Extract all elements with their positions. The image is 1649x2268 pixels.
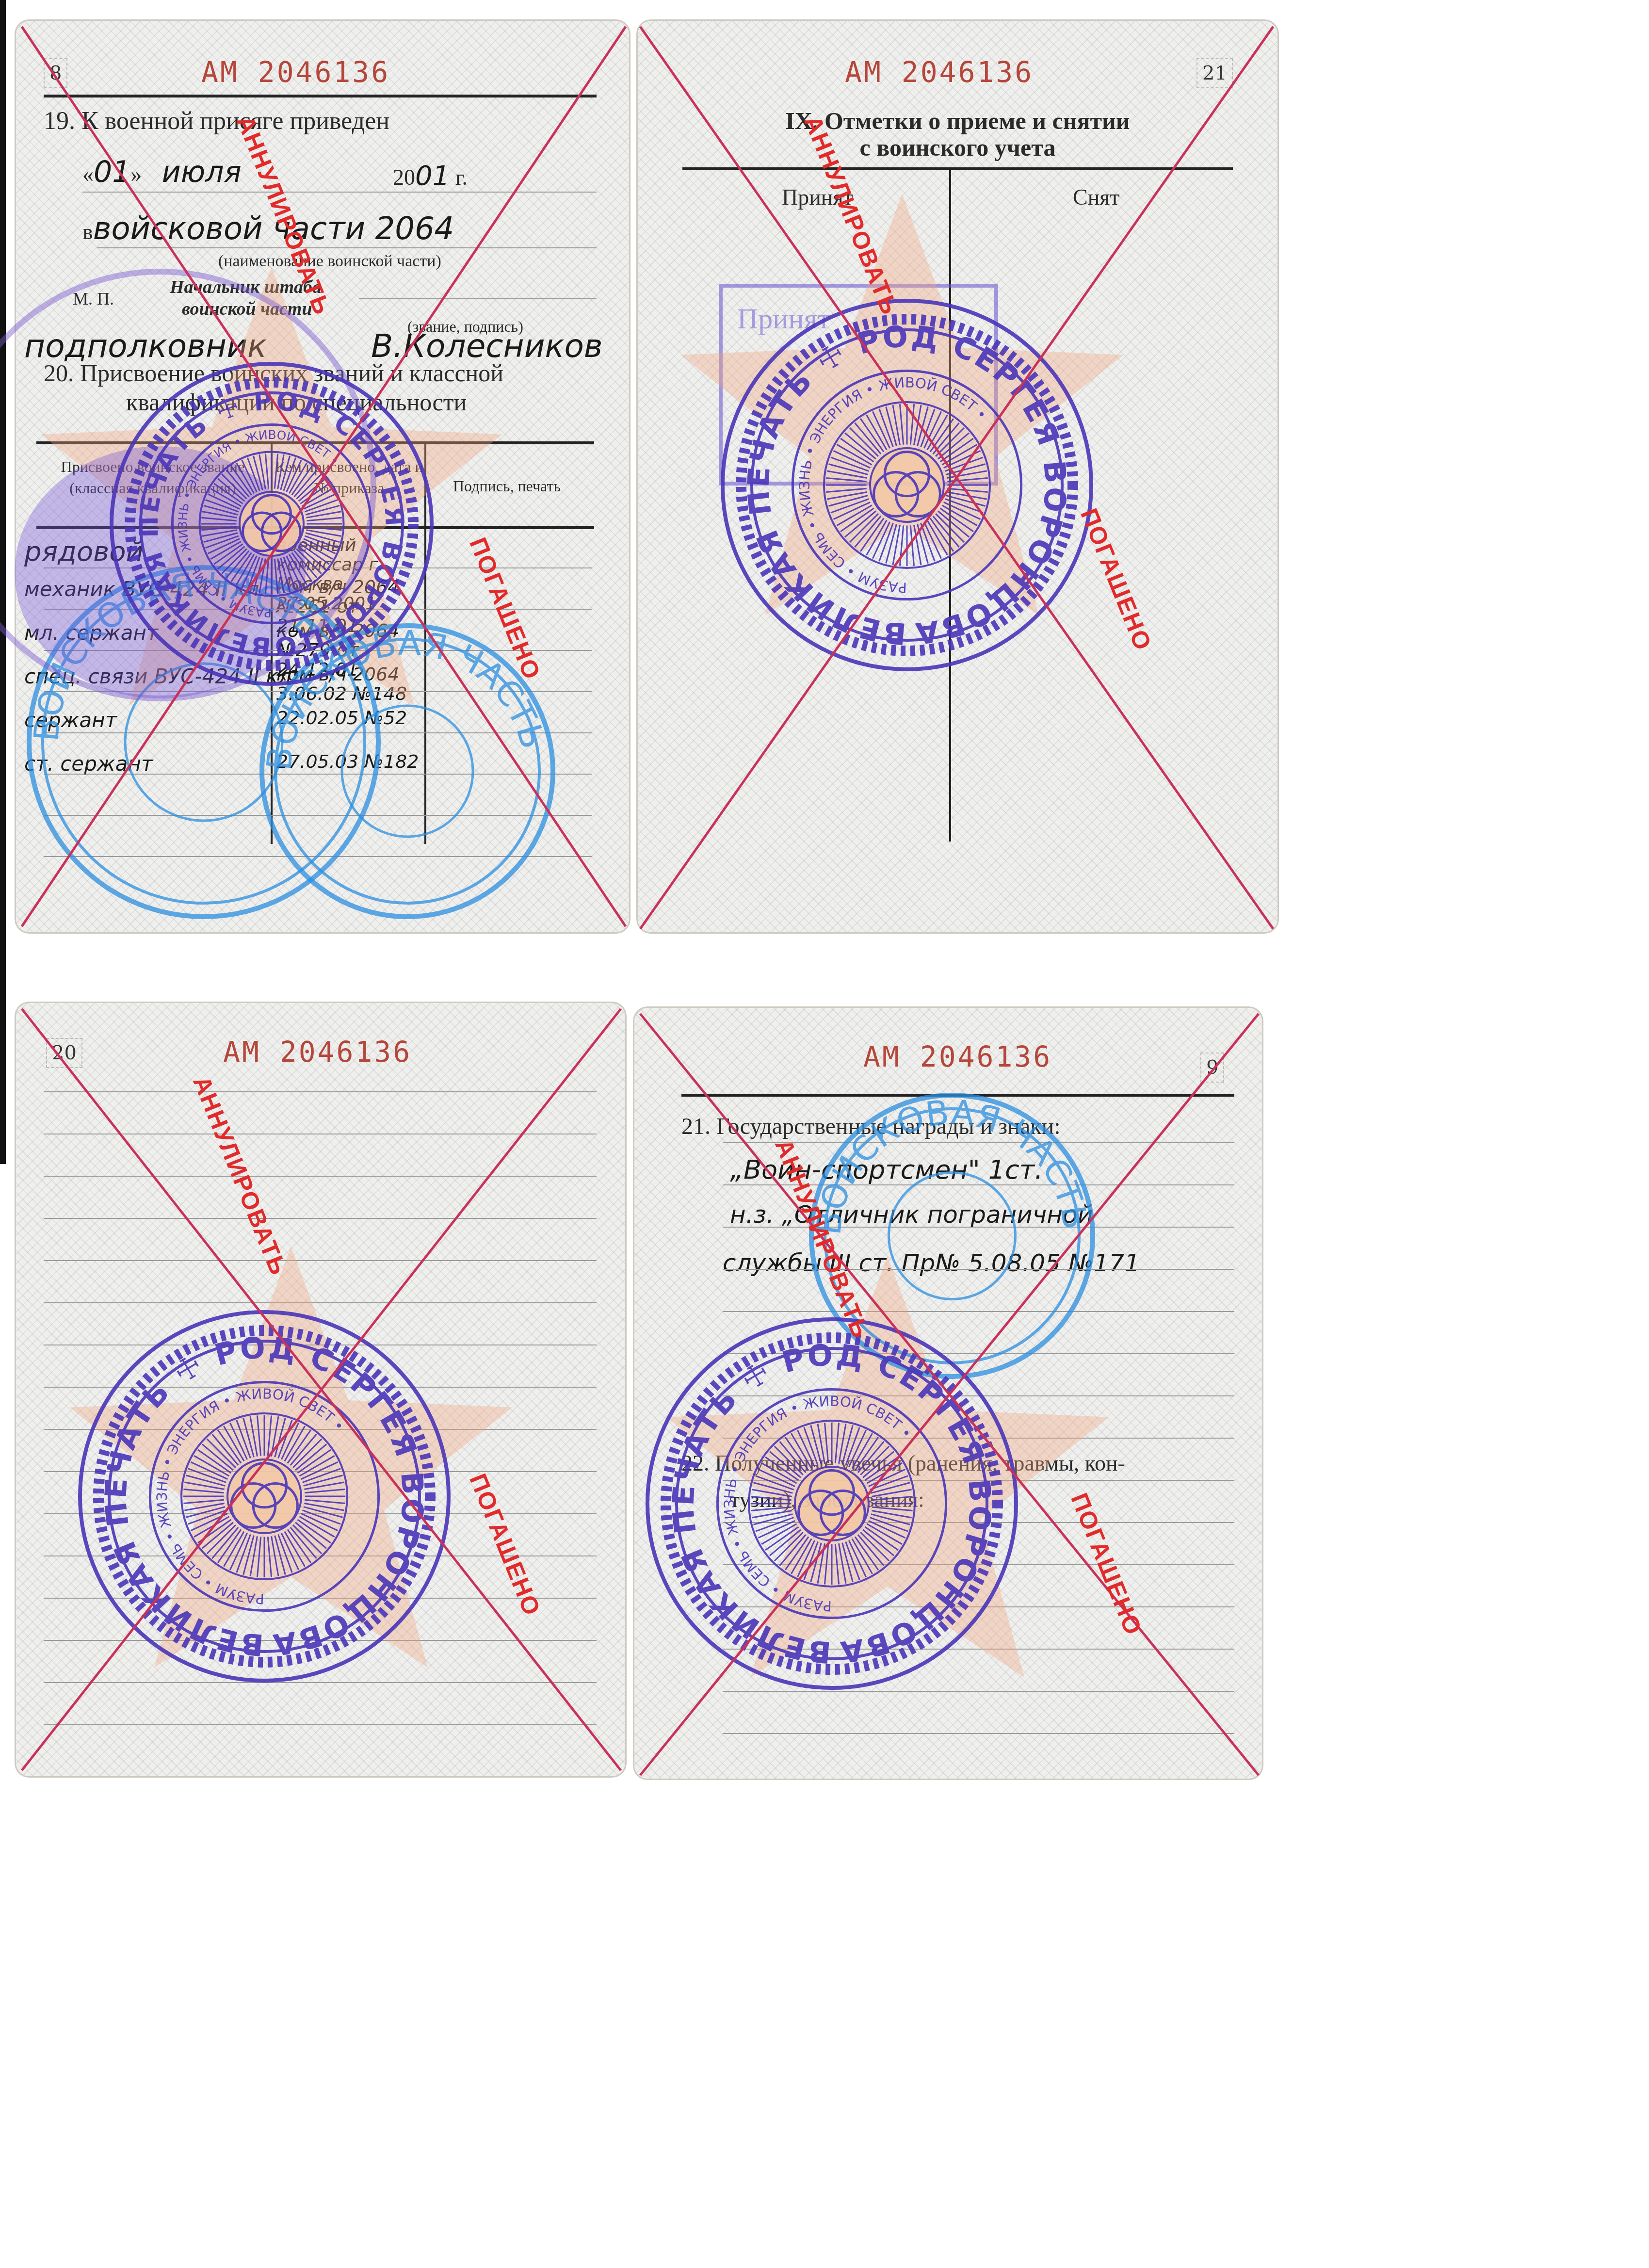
table-cell-rank: сержант xyxy=(24,708,117,732)
ruled-line xyxy=(44,691,592,692)
table-header-rule xyxy=(36,526,594,529)
table-cell-rank: спец. связи ВУС-424 II кл xyxy=(24,664,291,688)
ruled-line xyxy=(44,1218,597,1219)
ruled-line xyxy=(44,1091,597,1092)
table-header-sign: Подпись, печать xyxy=(434,475,580,497)
section-title-2: с воинского учета xyxy=(636,133,1279,162)
section22-line2: тузии), заболевания: xyxy=(730,1487,924,1512)
page-number: 21 xyxy=(1196,58,1233,88)
serial-number: АМ 2046136 xyxy=(863,1040,1052,1073)
ruled-line xyxy=(44,1682,597,1683)
section19-title: 19. К военной присяге приведен xyxy=(44,107,389,135)
year-suffix: 01 xyxy=(415,160,450,192)
ruled-line xyxy=(723,1564,1234,1565)
ruled-line xyxy=(44,1302,597,1303)
header-rule xyxy=(681,1094,1234,1097)
ruled-line xyxy=(44,1176,597,1177)
ruled-line xyxy=(723,1269,1234,1270)
year-unit: г. xyxy=(455,165,468,190)
section20-title-1: 20. Присвоение воинских званий и классно… xyxy=(44,359,503,387)
table-cell-rank: ст. сержант xyxy=(24,752,153,776)
ruled-line xyxy=(723,1395,1234,1396)
oath-day: 01 xyxy=(94,155,130,189)
table-cell-rank: рядовой xyxy=(24,536,144,567)
header-rule xyxy=(682,167,1233,170)
table-top-rule xyxy=(36,441,594,444)
unit-prefix: в xyxy=(82,219,93,244)
table-header-by: Кем присвоено, дата и № приказа xyxy=(274,456,424,499)
ruled-line xyxy=(44,1134,597,1134)
ruled-line xyxy=(723,1438,1234,1439)
ruled-line xyxy=(723,1227,1234,1228)
ruled-line xyxy=(44,774,592,775)
ruled-line xyxy=(44,1513,597,1514)
table-cell-by: 22.02.05 №52 xyxy=(276,708,422,728)
section21-title: 21. Государственные награды и знаки: xyxy=(681,1113,1061,1140)
ruled-line xyxy=(723,1691,1234,1692)
table-cell-rank: мл. сержант xyxy=(24,621,158,645)
ruled-line xyxy=(44,1345,597,1345)
mp-label: М. П. xyxy=(73,289,114,309)
underline xyxy=(359,298,597,299)
ruled-line xyxy=(44,1260,597,1261)
chief-title-2: воинской части xyxy=(182,298,312,320)
ruled-line xyxy=(723,1480,1234,1481)
table-col-divider xyxy=(424,441,426,844)
ruled-line xyxy=(44,815,592,816)
oath-date: «01» июля xyxy=(82,155,242,189)
ruled-line xyxy=(723,1522,1234,1523)
unit-caption: (наименование воинской части) xyxy=(218,252,441,271)
year-prefix: 20 xyxy=(393,165,415,190)
ruled-line xyxy=(723,1142,1234,1143)
section20-title-2: квалификации по специальности xyxy=(126,388,467,416)
table-header-rank: Присвоено воинское звание (классная квал… xyxy=(44,456,262,499)
ruled-line xyxy=(723,1649,1234,1650)
page-8: 8 АМ 2046136 19. К военной присяге приве… xyxy=(15,19,630,934)
ruled-line xyxy=(44,1471,597,1472)
oath-month: июля xyxy=(162,155,242,189)
page-number: 8 xyxy=(44,58,67,88)
award-2: н.з. „Отличник пограничной xyxy=(730,1200,1093,1229)
page-number: 9 xyxy=(1200,1053,1224,1083)
serial-number: АМ 2046136 xyxy=(223,1036,412,1069)
ruled-line xyxy=(723,1733,1234,1734)
ruled-line xyxy=(44,732,592,733)
table-cell-by: ком в/ч 2064 3.06.02 №148 xyxy=(276,664,422,703)
page-9: АМ 2046136 9 21. Государственные награды… xyxy=(633,1006,1263,1780)
ruled-line xyxy=(44,1724,597,1725)
divider xyxy=(44,95,597,97)
col-removed: Снят xyxy=(1073,184,1120,210)
ruled-line xyxy=(723,1606,1234,1607)
underline xyxy=(97,247,597,248)
ruled-line xyxy=(44,1429,597,1430)
table-cell-rank: механик ВУС-424 II кл. xyxy=(24,577,266,601)
scan-edge xyxy=(0,0,6,1164)
page-20: 20 АМ 2046136 xyxy=(15,1002,627,1778)
section-title-1: IX. Отметки о приеме и снятии xyxy=(636,107,1279,135)
unit-line: ввойсковой части 2064 xyxy=(82,211,454,247)
rect-stamp-text: Принят xyxy=(737,302,980,336)
oath-year: 2001 г. xyxy=(393,160,468,192)
serial-number: АМ 2046136 xyxy=(201,56,390,89)
award-3: службы III ст. Пр№ 5.08.05 №171 xyxy=(723,1249,1140,1277)
page-number: 20 xyxy=(46,1038,82,1068)
ruled-line xyxy=(44,856,592,857)
table-cell-by: 27.05.03 №182 xyxy=(276,752,422,771)
ruled-line xyxy=(44,1640,597,1641)
ruled-line xyxy=(44,1387,597,1388)
section22-line1: 22. Полученные увечья (ранения, травмы, … xyxy=(681,1450,1125,1476)
ruled-line xyxy=(723,1311,1234,1312)
page-21: АМ 2046136 21 IX. Отметки о приеме и сня… xyxy=(636,19,1279,934)
table-col-divider xyxy=(271,441,273,844)
rect-stamp: Принят xyxy=(719,284,998,486)
ruled-line xyxy=(44,567,592,568)
underline xyxy=(82,192,597,193)
col-divider xyxy=(949,167,951,842)
ruled-line xyxy=(723,1353,1234,1354)
serial-number: АМ 2046136 xyxy=(845,56,1034,89)
